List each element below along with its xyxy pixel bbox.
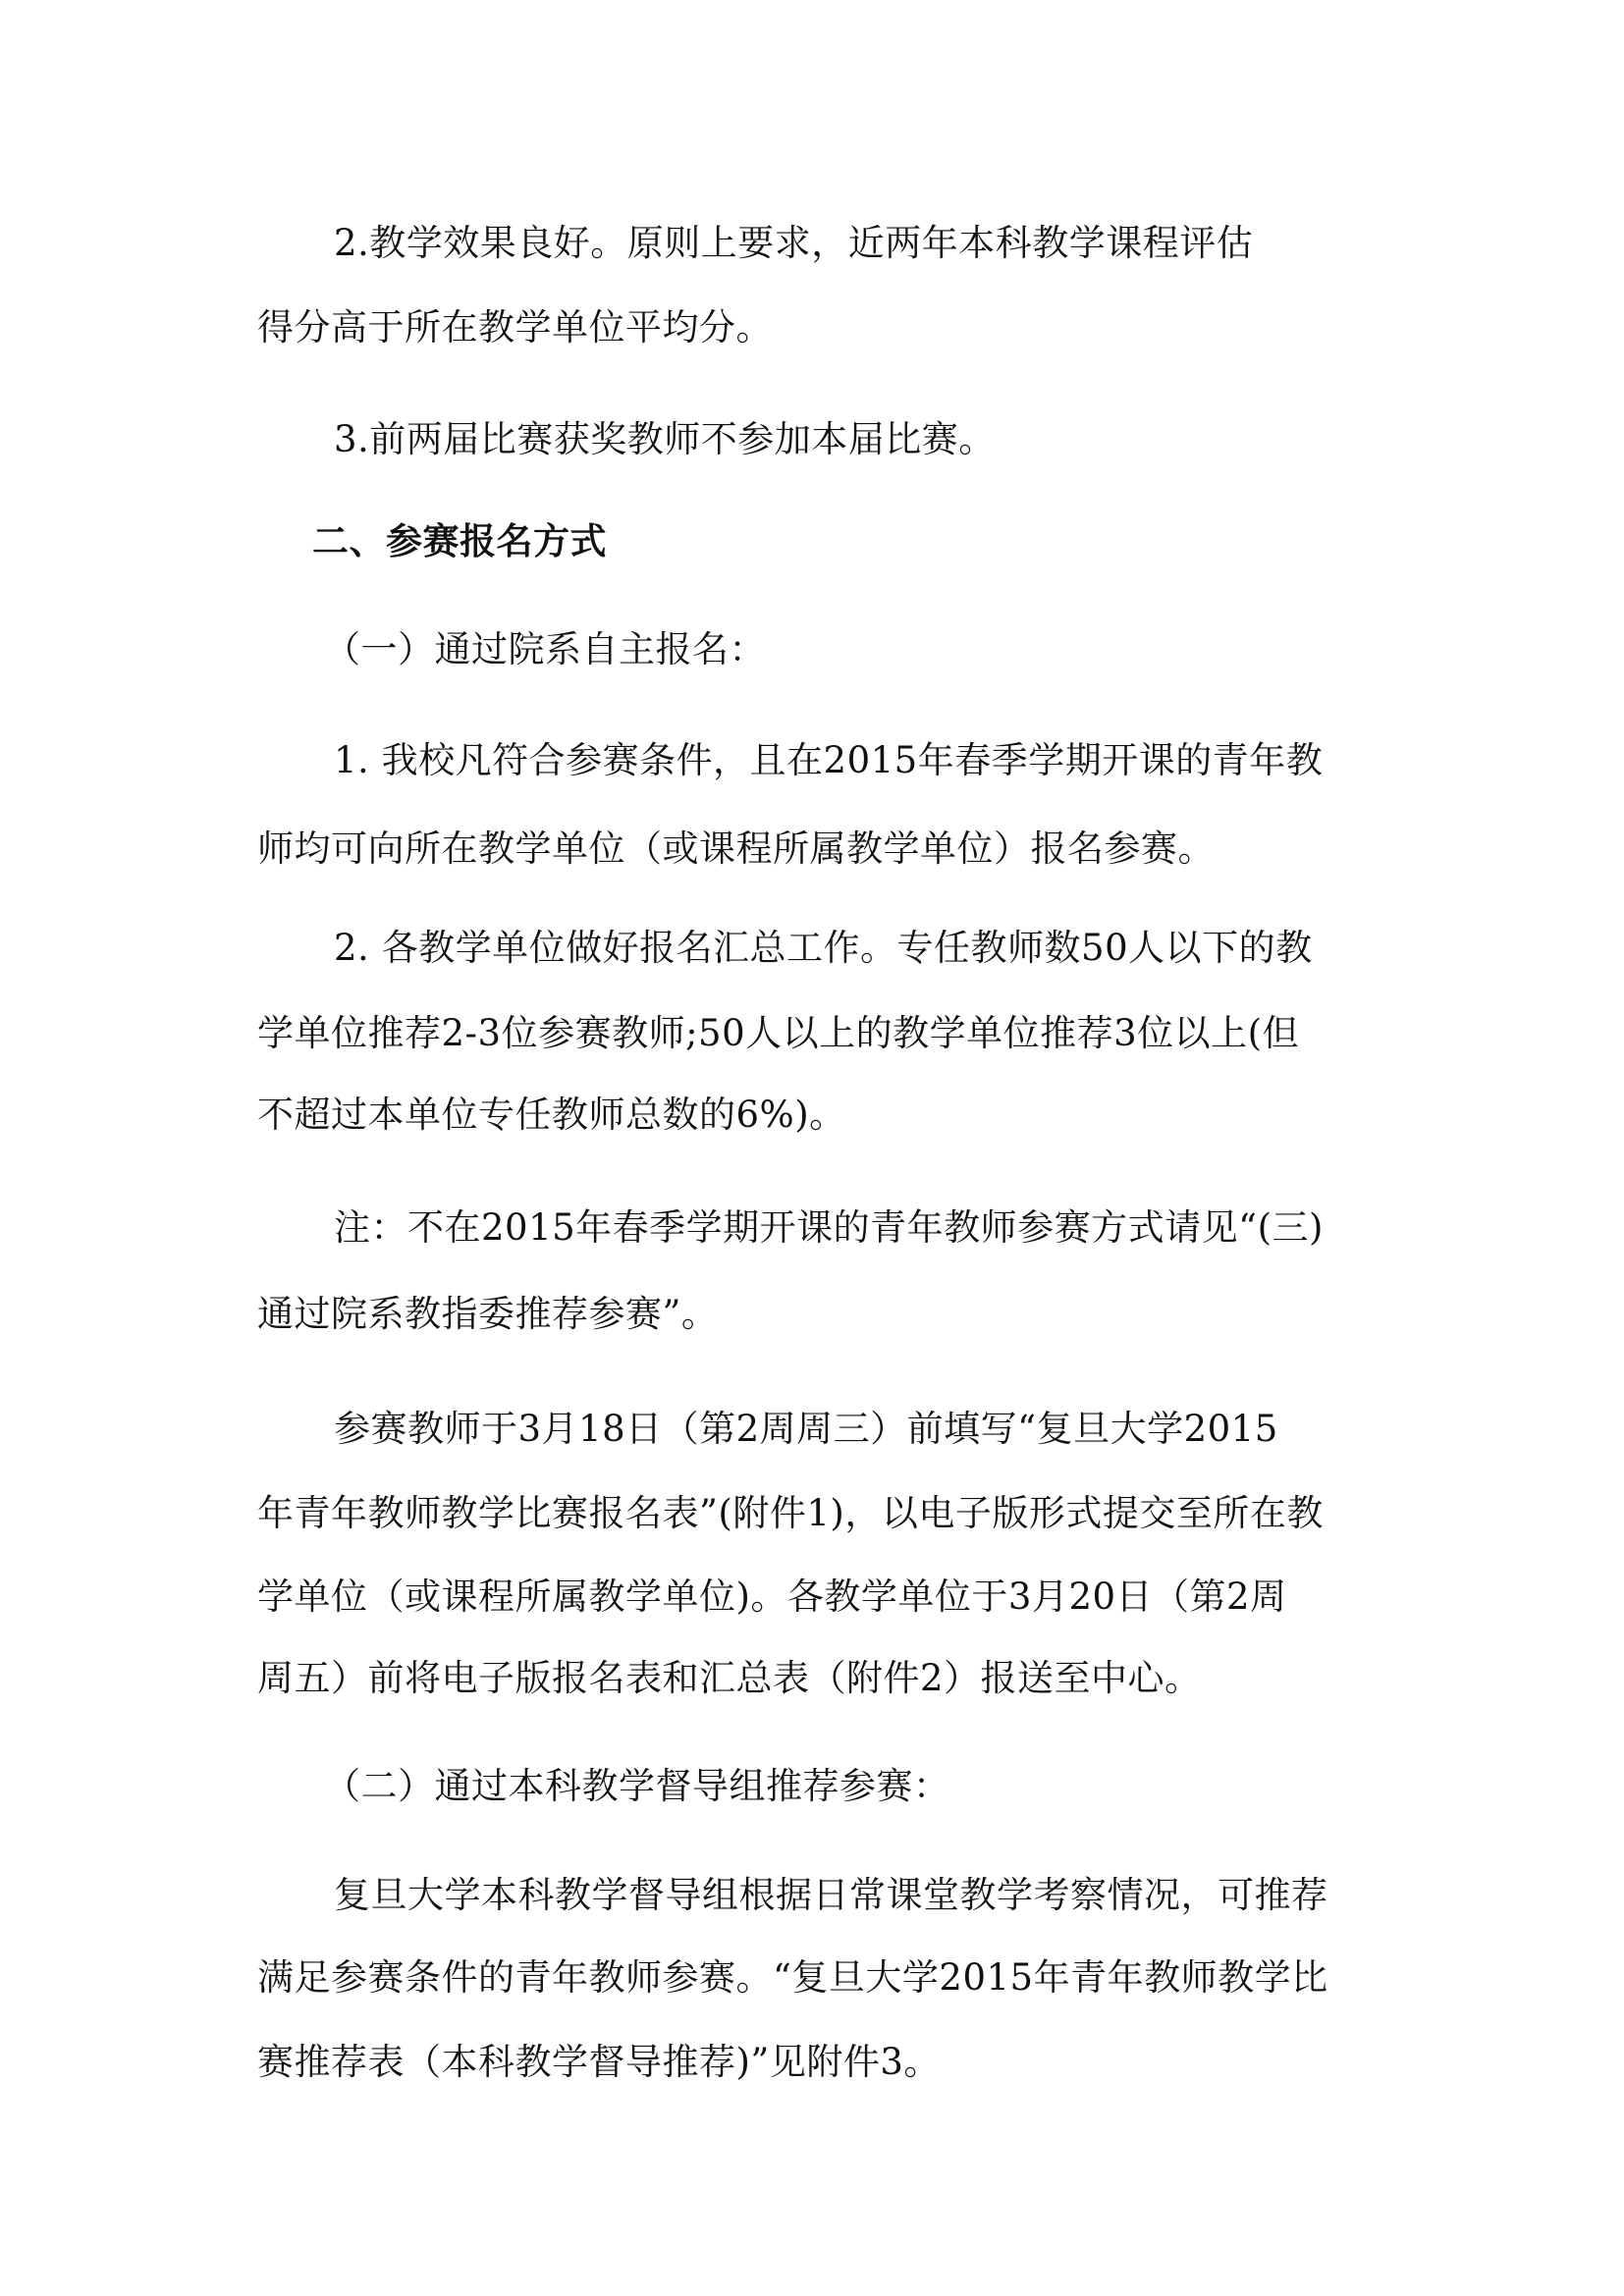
paragraph-line-item-2-cont2: 不超过本单位专任教师总数的6%)。	[257, 1094, 1377, 1137]
paragraph-line-item-2: 2. 各教学单位做好报名汇总工作。专任教师数50人以下的教	[334, 927, 1453, 970]
paragraph-line-deadline: 参赛教师于3月18日（第2周周三）前填写“复旦大学2015	[334, 1408, 1453, 1451]
paragraph-line-deadline-cont3: 周五）前将电子版报名表和汇总表（附件2）报送至中心。	[257, 1657, 1377, 1700]
paragraph-line-item-2-cont: 学单位推荐2-3位参赛教师;50人以上的教学单位推荐3位以上(但	[257, 1012, 1377, 1055]
paragraph-line-criteria-2-cont: 得分高于所在教学单位平均分。	[257, 306, 1377, 349]
subheading-department-registration: （一）通过院系自主报名：	[324, 628, 1443, 671]
paragraph-line-note-cont: 通过院系教指委推荐参赛”。	[257, 1293, 1377, 1336]
paragraph-line-criteria-3: 3.前两届比赛获奖教师不参加本届比赛。	[334, 418, 1453, 461]
paragraph-line-item-1: 1. 我校凡符合参赛条件，且在2015年春季学期开课的青年教	[334, 739, 1453, 782]
paragraph-line-supervision-cont: 满足参赛条件的青年教师参赛。“复旦大学2015年青年教师教学比	[257, 1956, 1377, 2000]
subheading-supervision-recommendation: （二）通过本科教学督导组推荐参赛：	[324, 1765, 1443, 1808]
paragraph-line-deadline-cont: 年青年教师教学比赛报名表”(附件1)，以电子版形式提交至所在教	[257, 1492, 1377, 1535]
paragraph-line-supervision-cont2: 赛推荐表（本科教学督导推荐)”见附件3。	[257, 2041, 1377, 2084]
paragraph-line-supervision: 复旦大学本科教学督导组根据日常课堂教学考察情况，可推荐	[334, 1874, 1453, 1917]
paragraph-line-note: 注：不在2015年春季学期开课的青年教师参赛方式请见“(三)	[334, 1206, 1453, 1250]
document-page: 2.教学效果良好。原则上要求，近两年本科教学课程评估 得分高于所在教学单位平均分…	[0, 0, 1624, 2296]
paragraph-line-item-1-cont: 师均可向所在教学单位（或课程所属教学单位）报名参赛。	[257, 828, 1377, 871]
paragraph-line-criteria-2: 2.教学效果良好。原则上要求，近两年本科教学课程评估	[334, 222, 1453, 265]
paragraph-line-deadline-cont2: 学单位（或课程所属教学单位)。各教学单位于3月20日（第2周	[257, 1575, 1377, 1619]
section-heading-registration: 二、参赛报名方式	[312, 520, 1432, 563]
